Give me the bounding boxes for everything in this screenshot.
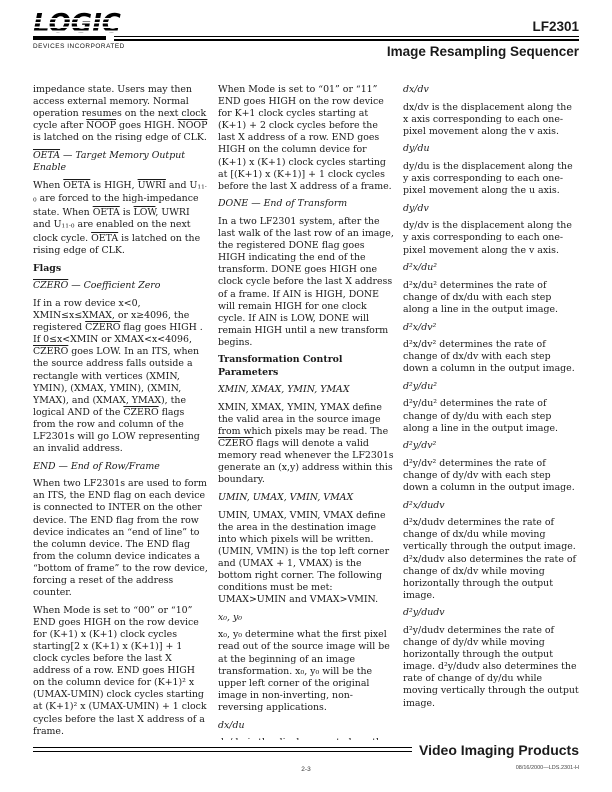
paragraph: d²y/dv² determines the rate of change of… xyxy=(403,458,579,494)
section-heading: d²x/du² xyxy=(403,262,579,274)
paragraph: UMIN, UMAX, VMIN, VMAX define the area i… xyxy=(218,510,394,607)
section-heading: dx/dv xyxy=(403,84,579,96)
paragraph: d²y/dudv determines the rate of change o… xyxy=(403,625,579,710)
header-rule xyxy=(114,36,579,41)
product-line-label: Video Imaging Products xyxy=(419,742,579,758)
paragraph: d²y/du² determines the rate of change of… xyxy=(403,398,579,434)
paragraph: XMIN, XMAX, YMIN, YMAX define the valid … xyxy=(218,402,394,487)
content-columns: impedance state. Users may then access e… xyxy=(33,84,579,740)
paragraph: In a two LF2301 system, after the last w… xyxy=(218,216,394,349)
logic-logo: LOGIC DEVICES INCORPORATED xyxy=(33,12,125,50)
section-heading: dx/du xyxy=(218,720,394,732)
section-heading: UMIN, UMAX, VMIN, VMAX xyxy=(218,492,394,504)
paragraph: When Mode is set to “00” or “10” END goe… xyxy=(33,605,209,738)
section-heading: x₀, y₀ xyxy=(218,612,394,624)
section-heading: d²x/dudv xyxy=(403,500,579,512)
section-heading: Transformation Control Parameters xyxy=(218,354,394,378)
paragraph: d²x/dv² determines the rate of change of… xyxy=(403,339,579,375)
paragraph: When Mode is set to “01” or “11” END goe… xyxy=(218,84,394,193)
logo-wordmark: LOGIC xyxy=(33,12,121,36)
section-heading: Flags xyxy=(33,263,209,275)
section-heading: CZERO — Coefficient Zero xyxy=(33,280,209,292)
logo-wordmark-wrap: LOGIC xyxy=(33,12,121,36)
paragraph: dy/du is the displacement along the y ax… xyxy=(403,161,579,197)
text-column-1: impedance state. Users may then access e… xyxy=(33,84,209,740)
section-heading: d²x/dv² xyxy=(403,322,579,334)
section-heading: d²y/du² xyxy=(403,381,579,393)
paragraph: dy/dv is the displacement along the y ax… xyxy=(403,220,579,256)
paragraph: dx/dv is the displacement along the x ax… xyxy=(403,102,579,138)
section-heading: dy/du xyxy=(403,143,579,155)
footer-rule xyxy=(33,747,412,752)
paragraph: dx/du is the displacement along the x ax… xyxy=(218,737,394,740)
paragraph: impedance state. Users may then access e… xyxy=(33,84,209,144)
paragraph: When two LF2301s are used to form an ITS… xyxy=(33,478,209,599)
datasheet-page: LOGIC DEVICES INCORPORATED LF2301 Image … xyxy=(0,0,612,792)
paragraph: d²x/du² determines the rate of change of… xyxy=(403,280,579,316)
paragraph: x₀, y₀ determine what the first pixel re… xyxy=(218,629,394,714)
doc-code: 08/16/2000—LDS.2301-H xyxy=(516,765,579,771)
section-heading: d²y/dudv xyxy=(403,607,579,619)
footer: Video Imaging Products xyxy=(33,742,579,757)
page-subtitle: Image Resampling Sequencer xyxy=(387,44,579,59)
part-number: LF2301 xyxy=(532,19,579,34)
paragraph: When OETA is HIGH, UWRI and U11-0 are fo… xyxy=(33,180,209,258)
section-heading: XMIN, XMAX, YMIN, YMAX xyxy=(218,384,394,396)
logo-subtext: DEVICES INCORPORATED xyxy=(33,43,125,50)
section-heading: OETA — Target Memory Output Enable xyxy=(33,150,209,174)
section-heading: d²y/dv² xyxy=(403,440,579,452)
paragraph: If in a row device x<0, XMIN≤x≤XMAX, or … xyxy=(33,298,209,455)
text-column-2: When Mode is set to “01” or “11” END goe… xyxy=(218,84,394,740)
section-heading: DONE — End of Transform xyxy=(218,198,394,210)
paragraph: d²x/dudv determines the rate of change o… xyxy=(403,517,579,602)
section-heading: END — End of Row/Frame xyxy=(33,461,209,473)
section-heading: dy/dv xyxy=(403,203,579,215)
text-column-3: dx/dvdx/dv is the displacement along the… xyxy=(403,84,579,740)
